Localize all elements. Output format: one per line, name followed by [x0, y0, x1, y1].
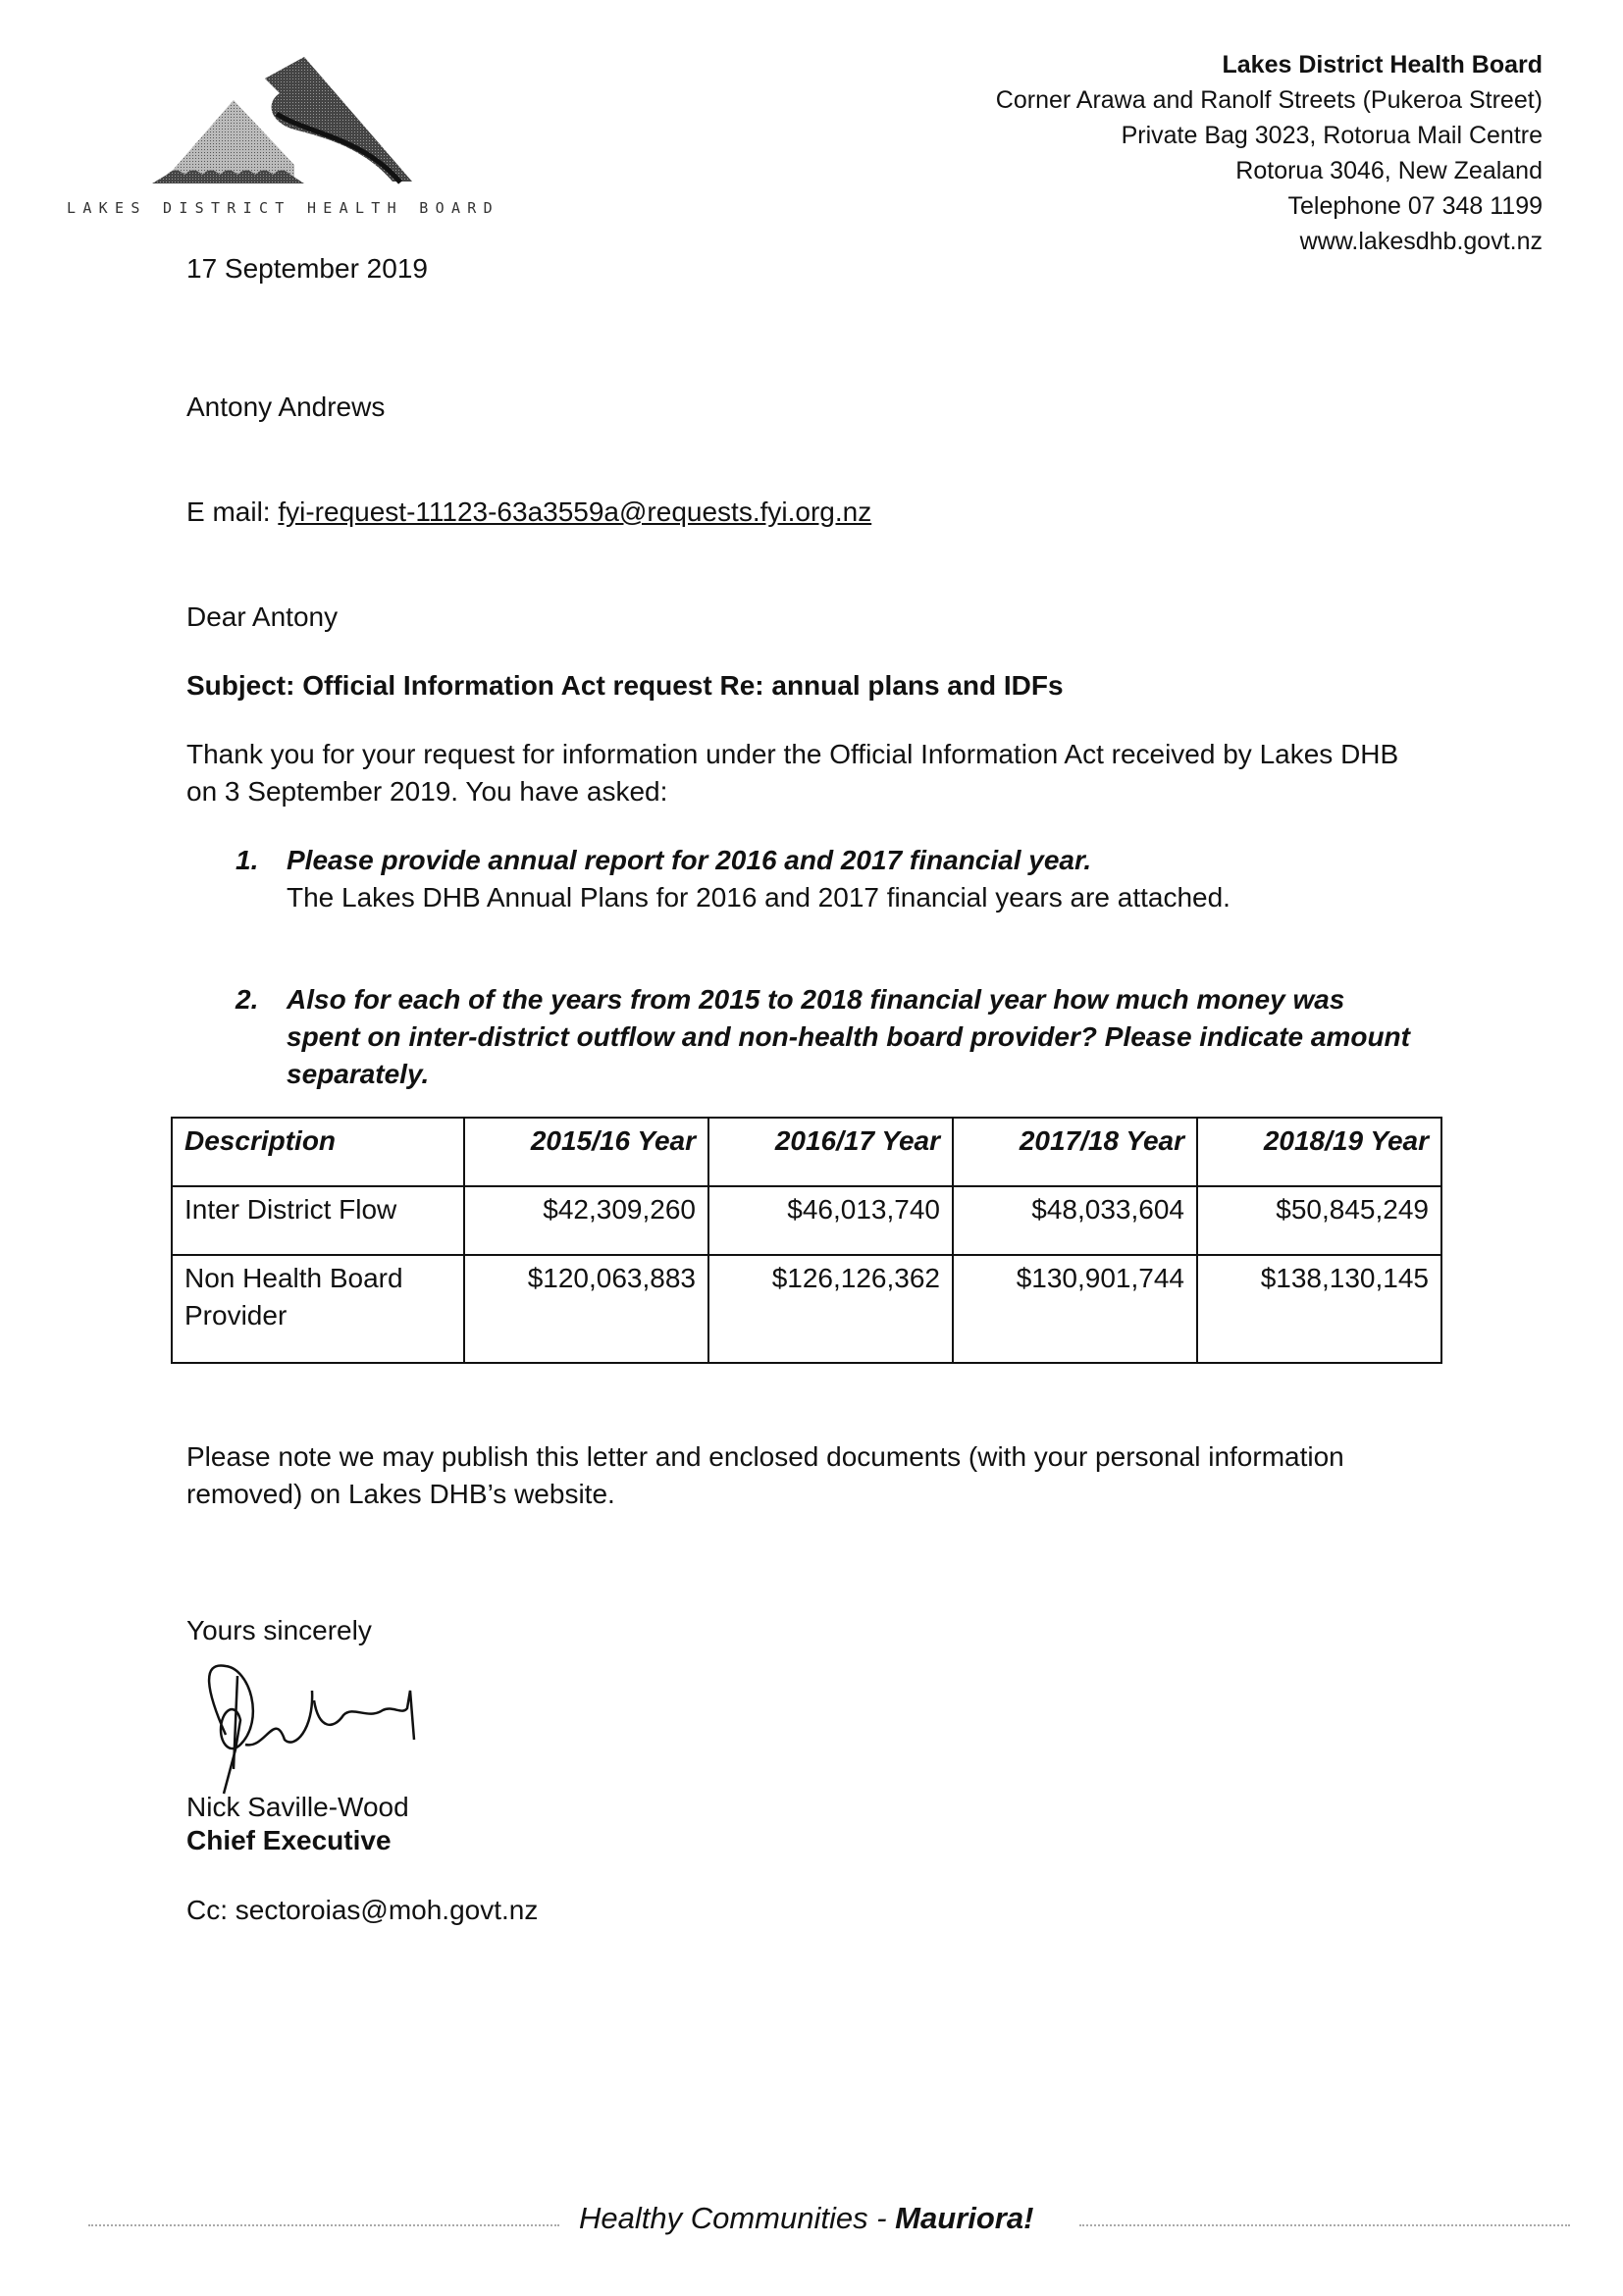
logo-caption: LAKES DISTRICT HEALTH BOARD [67, 199, 557, 217]
email-label: E mail: [186, 496, 278, 527]
answer-text: The Lakes DHB Annual Plans for 2016 and … [287, 879, 1413, 916]
recipient-email-link[interactable]: fyi-request-11123-63a3559a@requests.fyi.… [278, 496, 871, 527]
column-header: 2016/17 Year [708, 1118, 953, 1186]
letterhead-address: Lakes District Health Board Corner Arawa… [996, 47, 1543, 259]
question-text: Also for each of the years from 2015 to … [287, 981, 1413, 1093]
question-item: 1. Please provide annual report for 2016… [236, 842, 1413, 916]
footer: Healthy Communities - Mauriora! [79, 2201, 1570, 2240]
publication-note: Please note we may publish this letter a… [186, 1438, 1364, 1513]
website-link[interactable]: www.lakesdhb.govt.nz [996, 224, 1543, 259]
signature-image [196, 1651, 451, 1799]
address-line: Private Bag 3023, Rotorua Mail Centre [996, 118, 1543, 153]
table-row: Non Health Board Provider $120,063,883 $… [172, 1255, 1441, 1363]
table-row: Inter District Flow $42,309,260 $46,013,… [172, 1186, 1441, 1255]
table-header-row: Description 2015/16 Year 2016/17 Year 20… [172, 1118, 1441, 1186]
column-header: 2017/18 Year [953, 1118, 1197, 1186]
closing: Yours sincerely [186, 1612, 372, 1649]
question-number: 1. [236, 842, 258, 879]
question-text: Please provide annual report for 2016 an… [287, 842, 1413, 879]
recipient-email-line: E mail: fyi-request-11123-63a3559a@reque… [186, 494, 871, 531]
footer-divider [88, 2224, 559, 2226]
recipient-name: Antony Andrews [186, 389, 385, 426]
row-label: Non Health Board Provider [172, 1255, 464, 1363]
column-header: Description [172, 1118, 464, 1186]
question-number: 2. [236, 981, 258, 1018]
footer-divider [1079, 2224, 1570, 2226]
column-header: 2015/16 Year [464, 1118, 708, 1186]
table-cell: $50,845,249 [1197, 1186, 1441, 1255]
table-cell: $42,309,260 [464, 1186, 708, 1255]
address-line: Rotorua 3046, New Zealand [996, 153, 1543, 188]
table-cell: $120,063,883 [464, 1255, 708, 1363]
signature-icon [196, 1651, 451, 1799]
salutation: Dear Antony [186, 599, 338, 636]
intro-paragraph: Thank you for your request for informati… [186, 736, 1423, 810]
table-cell: $126,126,362 [708, 1255, 953, 1363]
table-cell: $138,130,145 [1197, 1255, 1441, 1363]
question-item: 2. Also for each of the years from 2015 … [236, 981, 1413, 1093]
table-cell: $130,901,744 [953, 1255, 1197, 1363]
address-line: Corner Arawa and Ranolf Streets (Pukeroa… [996, 82, 1543, 118]
signer-name: Nick Saville-Wood [186, 1789, 409, 1826]
row-label: Inter District Flow [172, 1186, 464, 1255]
subject-line: Subject: Official Information Act reques… [186, 667, 1064, 704]
signer-title: Chief Executive [186, 1822, 392, 1859]
footer-slogan: Healthy Communities - Mauriora! [579, 2201, 1033, 2236]
table-cell: $46,013,740 [708, 1186, 953, 1255]
letter-date: 17 September 2019 [186, 250, 428, 287]
table-cell: $48,033,604 [953, 1186, 1197, 1255]
expenditure-table: Description 2015/16 Year 2016/17 Year 20… [171, 1117, 1442, 1364]
column-header: 2018/19 Year [1197, 1118, 1441, 1186]
slogan-bold: Mauriora! [895, 2201, 1033, 2235]
cc-line: Cc: sectoroias@moh.govt.nz [186, 1892, 538, 1929]
organisation-name: Lakes District Health Board [996, 47, 1543, 82]
slogan-regular: Healthy Communities - [579, 2201, 895, 2235]
telephone: Telephone 07 348 1199 [996, 188, 1543, 224]
